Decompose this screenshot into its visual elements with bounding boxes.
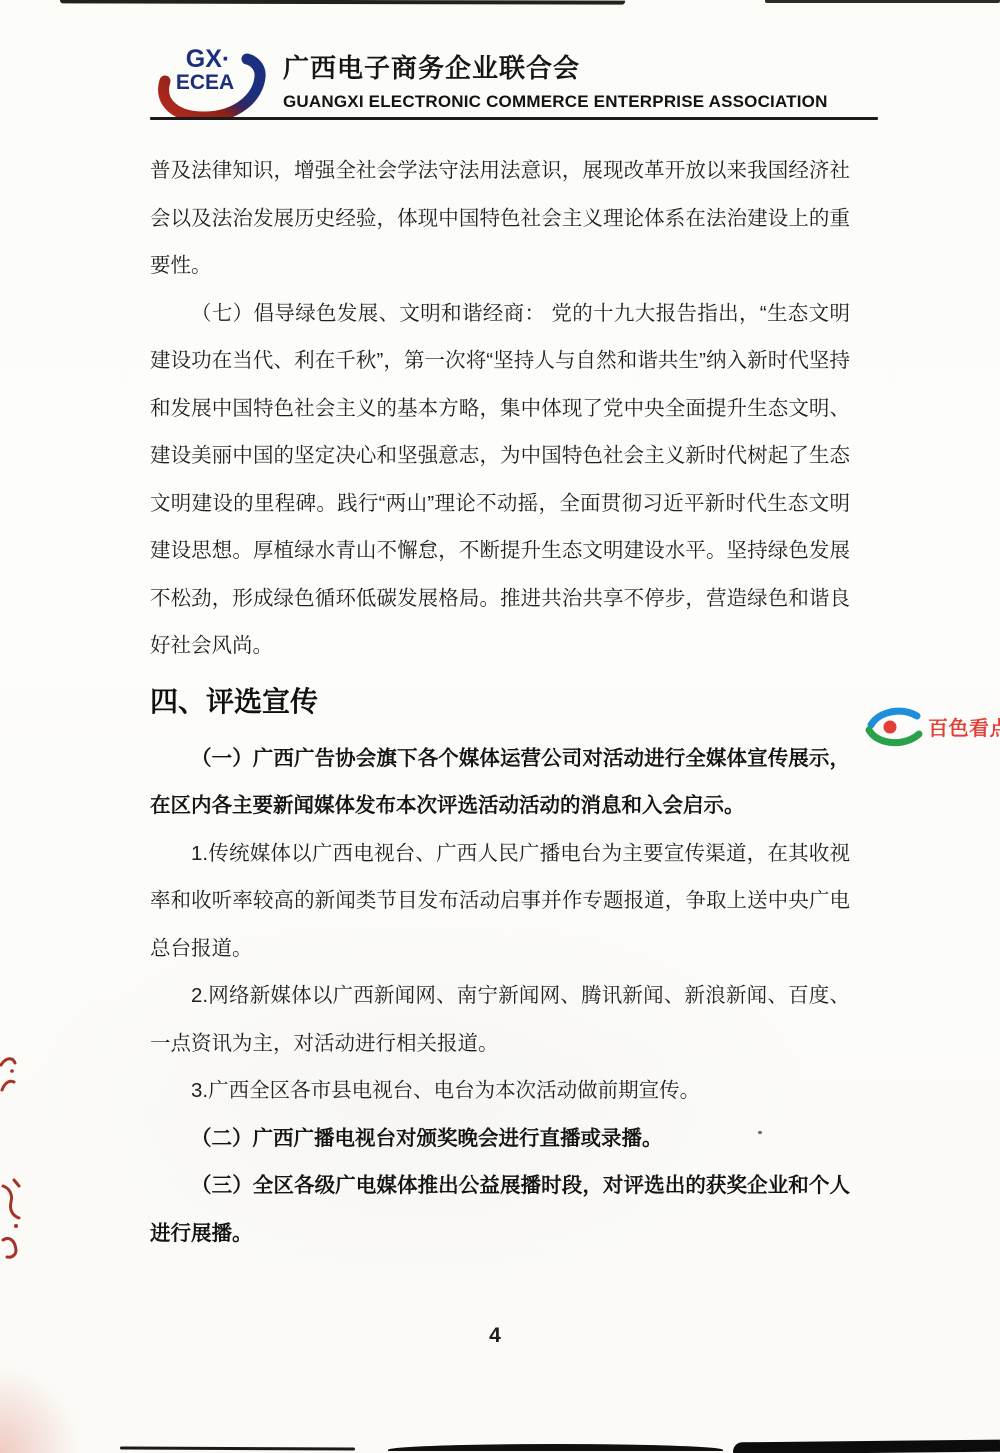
scan-edge-top-left: [60, 0, 625, 5]
association-logo: GX· ECEA: [150, 36, 268, 120]
scan-corner-tint: [0, 1368, 78, 1453]
watermark-text: 百色看点: [928, 716, 1000, 740]
org-name-chinese: 广西电子商务企业联合会: [283, 48, 923, 85]
handwritten-red-mark-top: [0, 1054, 20, 1102]
scanned-document-page: GX· ECEA 广西电子商务企业联合会 GUANGXI ELECTRONIC …: [0, 0, 1000, 1453]
header-divider: [150, 117, 878, 120]
paragraph: （一）广西广告协会旗下各个媒体运营公司对活动进行全媒体宣传展示，在区内各主要新闻…: [150, 735, 850, 830]
section-heading: 四、评选宣传: [150, 678, 850, 726]
paragraph: （七）倡导绿色发展、文明和谐经商： 党的十九大报告指出，“生态文明建设功在当代、…: [150, 290, 850, 670]
paragraph: 1.传统媒体以广西电视台、广西人民广播电台为主要宣传渠道，在其收视率和收听率较高…: [150, 830, 850, 973]
watermark-swirl-icon: [869, 711, 919, 742]
handwritten-red-mark-bottom: [0, 1178, 24, 1262]
paragraph: （二）广西广播电视台对颁奖晚会进行直播或录播。: [150, 1115, 850, 1163]
page-number: 4: [455, 1324, 535, 1348]
scan-edge-top-right: [765, 0, 1000, 3]
paragraph: （三）全区各级广电媒体推出公益展播时段，对评选出的获奖企业和个人进行展播。: [150, 1162, 850, 1257]
logo-text-top: GX·: [186, 45, 230, 73]
org-name-english: GUANGXI ELECTRONIC COMMERCE ENTERPRISE A…: [283, 92, 943, 112]
scan-edge-bottom-left: [120, 1446, 355, 1450]
paragraph: 普及法律知识，增强全社会学法守法用法意识，展现改革开放以来我国经济社会以及法治发…: [150, 147, 850, 290]
logo-text-bottom: ECEA: [176, 71, 234, 94]
scan-edge-bottom-right: [733, 1440, 1000, 1453]
document-body: 普及法律知识，增强全社会学法守法用法意识，展现改革开放以来我国经济社会以及法治发…: [150, 147, 850, 1257]
baisekandian-watermark: 百色看点: [860, 703, 1000, 753]
paragraph: 3.广西全区各市县电视台、电台为本次活动做前期宣传。: [150, 1067, 850, 1115]
scan-edge-bottom-center: [388, 1444, 723, 1451]
paragraph: 2.网络新媒体以广西新闻网、南宁新闻网、腾讯新闻、新浪新闻、百度、一点资讯为主，…: [150, 972, 850, 1067]
logo-swoosh-icon: GX· ECEA: [150, 36, 268, 120]
